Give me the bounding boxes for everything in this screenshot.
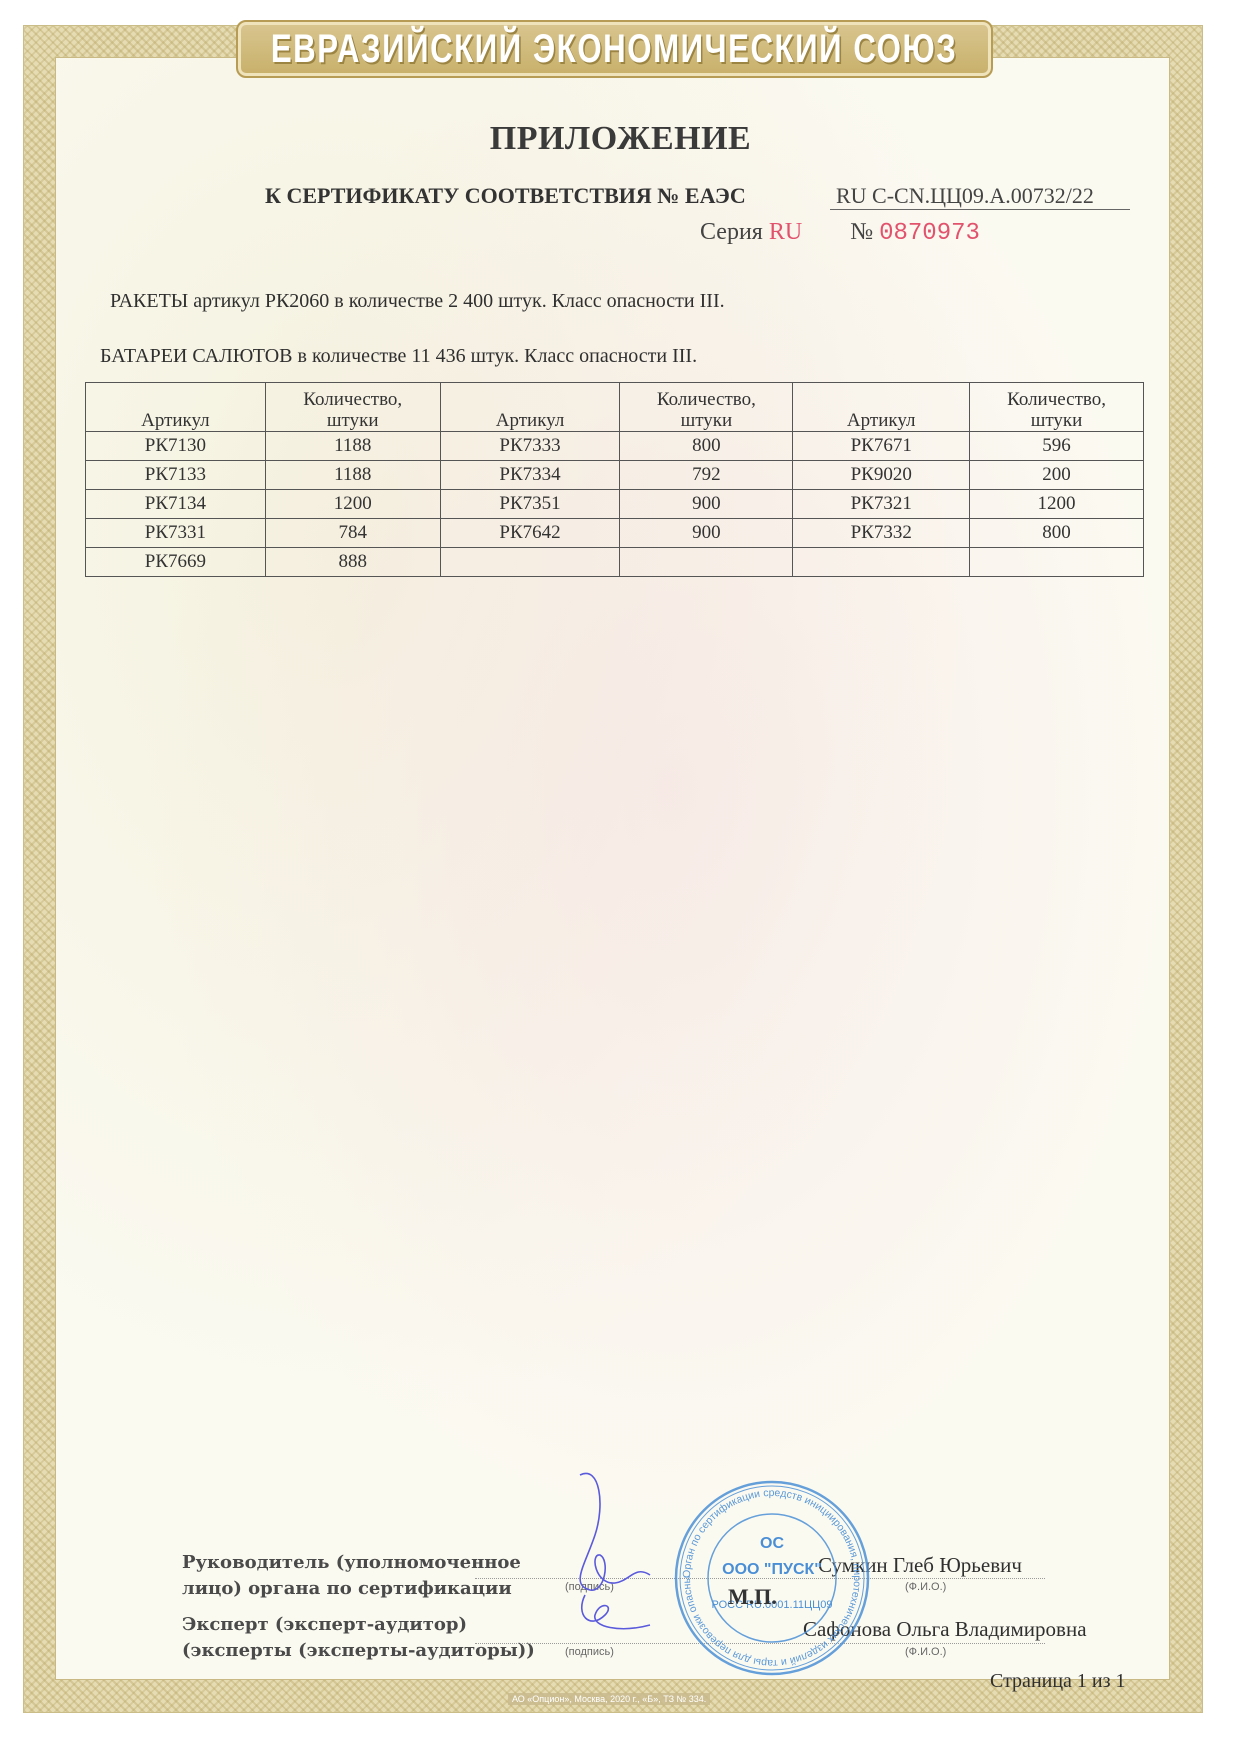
header-article: Артикул [793, 383, 970, 432]
article-cell: РК9020 [793, 461, 970, 490]
article-cell: РК7671 [793, 432, 970, 461]
quantity-cell [620, 548, 793, 577]
quantity-cell: 800 [620, 432, 793, 461]
article-cell: РК7133 [86, 461, 266, 490]
items-table: Артикул Количество,штуки Артикул Количес… [85, 382, 1144, 577]
table-row: РК7669888 [86, 548, 1144, 577]
article-cell: РК7332 [793, 519, 970, 548]
quantity-cell: 596 [970, 432, 1144, 461]
number-label: № [850, 219, 873, 245]
page-number: Страница 1 из 1 [990, 1670, 1126, 1693]
header-quantity: Количество,штуки [970, 383, 1144, 432]
organization-stamp: Орган по сертификации средств инициирова… [672, 1478, 872, 1678]
document-title: ПРИЛОЖЕНИЕ [0, 120, 1241, 158]
article-cell: РК7331 [86, 519, 266, 548]
expert-signature-caption: (подпись) [565, 1646, 614, 1658]
header-quantity: Количество,штуки [265, 383, 440, 432]
quantity-cell: 1200 [970, 490, 1144, 519]
article-cell: РК7134 [86, 490, 266, 519]
svg-text:ООО "ПУСК": ООО "ПУСК" [722, 1561, 822, 1578]
table-row: РК7331784РК7642900РК7332800 [86, 519, 1144, 548]
article-cell: РК7334 [440, 461, 620, 490]
quantity-cell: 792 [620, 461, 793, 490]
series-label: Серия [700, 219, 763, 245]
certificate-subtitle: К СЕРТИФИКАТУ СООТВЕТСТВИЯ № ЕАЭС [265, 183, 746, 209]
series-value: RU [769, 219, 802, 245]
expert-label: Эксперт (эксперт-аудитор) (эксперты (экс… [182, 1612, 535, 1664]
batteries-line: БАТАРЕИ САЛЮТОВ в количестве 11 436 штук… [100, 345, 697, 368]
article-cell [440, 548, 620, 577]
article-cell: РК7333 [440, 432, 620, 461]
article-cell: РК7321 [793, 490, 970, 519]
quantity-cell: 900 [620, 519, 793, 548]
rockets-line: РАКЕТЫ артикул РК2060 в количестве 2 400… [110, 290, 725, 313]
table-row: РК71331188РК7334792РК9020200 [86, 461, 1144, 490]
article-cell: РК7130 [86, 432, 266, 461]
certificate-number: RU C-CN.ЦЦ09.А.00732/22 [830, 183, 1130, 210]
quantity-cell: 1188 [265, 432, 440, 461]
quantity-cell: 1188 [265, 461, 440, 490]
quantity-cell: 784 [265, 519, 440, 548]
quantity-cell: 900 [620, 490, 793, 519]
article-cell: РК7642 [440, 519, 620, 548]
head-label: Руководитель (уполномоченное лицо) орган… [182, 1550, 521, 1602]
header-article: Артикул [86, 383, 266, 432]
quantity-cell: 888 [265, 548, 440, 577]
header-article: Артикул [440, 383, 620, 432]
number-value: 0870973 [879, 220, 980, 247]
seal-label: М.П. [728, 1584, 777, 1610]
quantity-cell: 1200 [265, 490, 440, 519]
header-quantity: Количество,штуки [620, 383, 793, 432]
svg-text:ОС: ОС [760, 1535, 784, 1552]
table-header-row: Артикул Количество,штуки Артикул Количес… [86, 383, 1144, 432]
union-banner: ЕВРАЗИЙСКИЙ ЭКОНОМИЧЕСКИЙ СОЮЗ [236, 20, 993, 78]
quantity-cell: 200 [970, 461, 1144, 490]
article-cell: РК7669 [86, 548, 266, 577]
series-line: Серия RU № 0870973 [700, 219, 980, 247]
expert-fio-caption: (Ф.И.О.) [905, 1646, 946, 1658]
head-fio-caption: (Ф.И.О.) [905, 1581, 946, 1593]
table-row: РК71301188РК7333800РК7671596 [86, 432, 1144, 461]
article-cell [793, 548, 970, 577]
union-banner-text: ЕВРАЗИЙСКИЙ ЭКОНОМИЧЕСКИЙ СОЮЗ [271, 27, 958, 72]
handwritten-signature [560, 1465, 670, 1645]
article-cell: РК7351 [440, 490, 620, 519]
quantity-cell: 800 [970, 519, 1144, 548]
quantity-cell [970, 548, 1144, 577]
table-row: РК71341200РК7351900РК73211200 [86, 490, 1144, 519]
printer-note: АО «Опцион», Москва, 2020 г., «Б», ТЗ № … [508, 1693, 710, 1705]
